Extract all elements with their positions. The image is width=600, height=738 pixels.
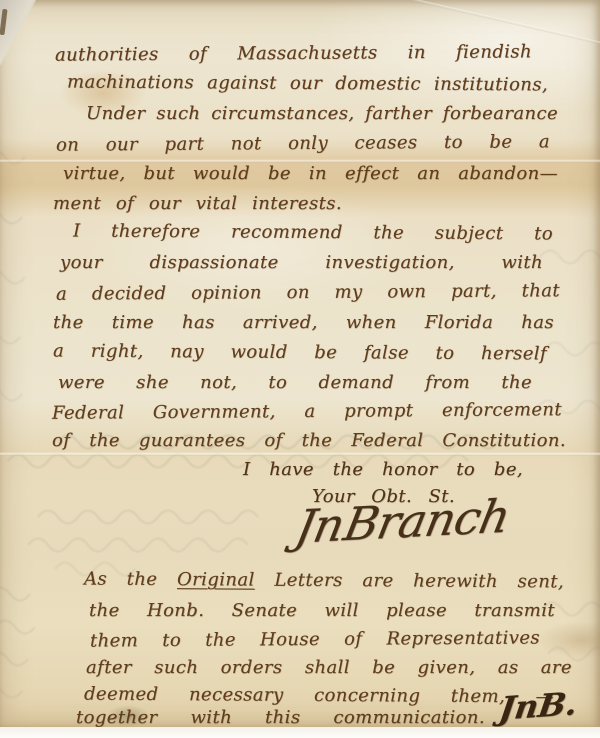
postscript-line: deemed necessary concerning them, — — [84, 685, 554, 708]
letter-line: ment of our vital interests. — [53, 194, 342, 214]
postscript-line: together with this communication. — [76, 708, 485, 728]
postscript-text: As the — [84, 569, 177, 591]
letter-line: your dispassionate investigation, with — [60, 253, 543, 273]
letter-line: authorities of Massachusetts in fiendish — [55, 42, 532, 65]
letter-line: of the guarantees of the Federal Constit… — [52, 431, 566, 451]
fold-crease-lower — [0, 452, 600, 456]
postscript-line: them to the House of Representatives — [90, 628, 540, 651]
letter-line: a right, nay would be false to herself — [53, 341, 547, 364]
signature-initials: JnB. — [497, 687, 579, 724]
postscript-line: after such orders shall be given, as are — [86, 658, 572, 678]
letter-line: I therefore recommend the subject to — [73, 222, 553, 245]
letter-line: Under such circumstances, farther forbea… — [86, 104, 558, 124]
letter-line: on our part not only ceases to be a — [56, 132, 550, 155]
signature: Jn Branch — [292, 490, 564, 550]
scanned-letter: authorities of Massachusetts in fiendish… — [0, 0, 600, 738]
closing-honor-line: I have the honor to be, — [243, 460, 523, 480]
letter-line: the time has arrived, when Florida has — [53, 313, 554, 333]
postscript-line: As the Original Letters are herewith sen… — [84, 570, 564, 593]
postscript-underlined-word: Original — [177, 569, 255, 590]
postscript-line: the Honb. Senate will please transmit — [89, 601, 555, 621]
letter-line: virtue, but would be in effect an abando… — [63, 164, 558, 184]
letter-line: were she not, to demand from the — [58, 373, 532, 393]
letter-paper: authorities of Massachusetts in fiendish… — [0, 0, 600, 727]
postscript-text: Letters are herewith sent, — [255, 570, 564, 593]
scan-background-strip — [0, 727, 600, 738]
letter-line: machinations against our domestic instit… — [67, 73, 548, 96]
letter-line: a decided opinion on my own part, that — [56, 281, 560, 304]
letter-line: Federal Government, a prompt enforcement — [52, 400, 562, 423]
